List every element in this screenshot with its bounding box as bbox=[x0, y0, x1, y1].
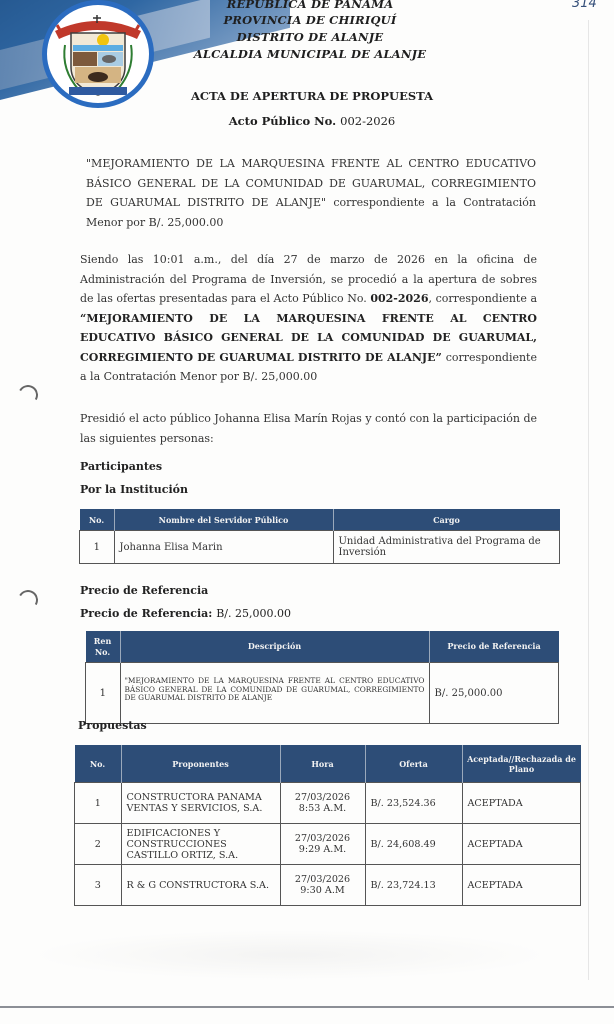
document-title: ACTA DE APERTURA DE PROPUESTA bbox=[180, 89, 444, 103]
row-offer: B/. 23,724.13 bbox=[365, 865, 462, 906]
opening-paragraph: Siendo las 10:01 a.m., del día 27 de mar… bbox=[80, 250, 537, 387]
page-bottom-edge bbox=[0, 1006, 614, 1008]
col-bidders: Proponentes bbox=[121, 745, 280, 783]
reference-value: B/. 25,000.00 bbox=[216, 607, 291, 620]
reference-table: Ren No. Descripción Precio de Referencia… bbox=[85, 631, 559, 724]
row-status: ACEPTADA bbox=[462, 865, 581, 906]
page-edge bbox=[588, 20, 589, 980]
table-row: 2EDIFICACIONES Y CONSTRUCCIONES CASTILLO… bbox=[75, 824, 581, 865]
col-status: Aceptada//Rechazada de Plano bbox=[462, 745, 581, 783]
row-time: 9:30 A.M bbox=[286, 885, 360, 896]
opening-mid: , correspondiente a bbox=[429, 292, 538, 305]
proposals-table: No. Proponentes Hora Oferta Aceptada//Re… bbox=[74, 745, 581, 906]
municipal-seal-icon bbox=[42, 0, 154, 108]
participants-table: No. Nombre del Servidor Público Cargo 1 … bbox=[79, 509, 560, 564]
row-offer: B/. 24,608.49 bbox=[365, 824, 462, 865]
col-offer: Oferta bbox=[365, 745, 462, 783]
row-datetime: 27/03/20269:29 A.M. bbox=[280, 824, 365, 865]
col-no: No. bbox=[80, 509, 115, 531]
header-province: PROVINCIA DE CHIRIQUÍ bbox=[180, 13, 440, 27]
col-description: Descripción bbox=[120, 631, 429, 663]
row-bidder: EDIFICACIONES Y CONSTRUCCIONES CASTILLO … bbox=[121, 824, 280, 865]
opening-act-number: 002-2026 bbox=[370, 292, 428, 305]
row-bidder: R & G CONSTRUCTORA S.A. bbox=[121, 865, 280, 906]
reference-label: Precio de Referencia: bbox=[80, 607, 212, 620]
row-no: 3 bbox=[75, 865, 122, 906]
handwritten-page-number: 314 bbox=[572, 0, 597, 11]
table-row: 1CONSTRUCTORA PANAMA VENTAS Y SERVICIOS,… bbox=[75, 783, 581, 824]
participants-heading: Participantes bbox=[80, 460, 162, 473]
row-no: 1 bbox=[75, 783, 122, 824]
row-no: 1 bbox=[80, 531, 115, 564]
table-row: 1 Johanna Elisa Marin Unidad Administrat… bbox=[80, 531, 560, 564]
reference-heading: Precio de Referencia bbox=[80, 584, 208, 597]
col-time: Hora bbox=[280, 745, 365, 783]
table-row: 1 "MEJORAMIENTO DE LA MARQUESINA FRENTE … bbox=[86, 663, 559, 724]
reference-line: Precio de Referencia: B/. 25,000.00 bbox=[80, 607, 291, 620]
row-date: 27/03/2026 bbox=[286, 874, 360, 885]
presided-paragraph: Presidió el acto público Johanna Elisa M… bbox=[80, 409, 537, 448]
row-cargo: Unidad Administrativa del Programa de In… bbox=[333, 531, 560, 564]
header-district: DISTRITO DE ALANJE bbox=[180, 30, 440, 44]
act-number-line: Acto Público No. 002-2026 bbox=[180, 114, 444, 128]
row-status: ACEPTADA bbox=[462, 824, 581, 865]
row-status: ACEPTADA bbox=[462, 783, 581, 824]
row-datetime: 27/03/20269:30 A.M bbox=[280, 865, 365, 906]
row-date: 27/03/2026 bbox=[286, 833, 360, 844]
row-description: "MEJORAMIENTO DE LA MARQUESINA FRENTE AL… bbox=[120, 663, 429, 724]
document-page: 314 REPUBLICA DE PANAMA PROVINCIA DE CHI… bbox=[0, 0, 614, 1024]
row-no: 1 bbox=[86, 663, 121, 724]
row-time: 8:53 A.M. bbox=[286, 803, 360, 814]
col-ren-no: Ren No. bbox=[86, 631, 121, 663]
institution-heading: Por la Institución bbox=[80, 483, 188, 496]
act-label: Acto Público No. bbox=[229, 114, 336, 128]
row-bidder: CONSTRUCTORA PANAMA VENTAS Y SERVICIOS, … bbox=[121, 783, 280, 824]
row-no: 2 bbox=[75, 824, 122, 865]
row-name: Johanna Elisa Marin bbox=[114, 531, 333, 564]
table-row: 3R & G CONSTRUCTORA S.A.27/03/20269:30 A… bbox=[75, 865, 581, 906]
row-offer: B/. 23,524.36 bbox=[365, 783, 462, 824]
header-country: REPUBLICA DE PANAMA bbox=[180, 0, 440, 11]
row-datetime: 27/03/20268:53 A.M. bbox=[280, 783, 365, 824]
col-reference-price: Precio de Referencia bbox=[429, 631, 559, 663]
act-number: 002-2026 bbox=[340, 114, 395, 128]
row-price: B/. 25,000.00 bbox=[429, 663, 559, 724]
col-cargo: Cargo bbox=[333, 509, 560, 531]
binder-hole-mark bbox=[16, 588, 40, 612]
row-time: 9:29 A.M. bbox=[286, 844, 360, 855]
row-date: 27/03/2026 bbox=[286, 792, 360, 803]
col-no: No. bbox=[75, 745, 122, 783]
project-paragraph: "MEJORAMIENTO DE LA MARQUESINA FRENTE AL… bbox=[86, 154, 536, 232]
binder-hole-mark bbox=[16, 383, 40, 407]
header-municipality: ALCALDIA MUNICIPAL DE ALANJE bbox=[180, 47, 440, 61]
col-name: Nombre del Servidor Público bbox=[114, 509, 333, 531]
proposals-heading: Propuestas bbox=[78, 719, 147, 732]
scan-smudge bbox=[30, 930, 550, 980]
